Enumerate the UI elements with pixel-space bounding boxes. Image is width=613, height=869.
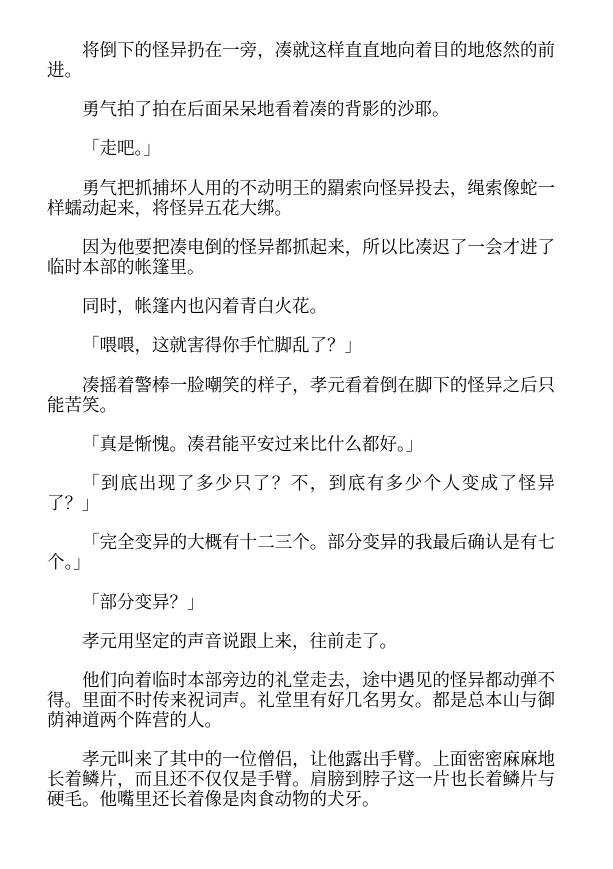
paragraph-14: 他们向着临时本部旁边的礼堂走去，途中遇见的怪异都动弹不得。里面不时传来祝词声。礼… xyxy=(47,671,555,730)
paragraph-4: 勇气把抓捕坏人用的不动明王的羂索向怪异投去，绳索像蛇一样蠕动起来，将怪异五花大绑… xyxy=(47,179,555,218)
paragraph-2: 勇气拍了拍在后面呆呆地看着凑的背影的沙耶。 xyxy=(47,100,555,120)
paragraph-6: 同时，帐篷内也闪着青白火花。 xyxy=(47,297,555,317)
paragraph-1: 将倒下的怪异扔在一旁，凑就这样直直地向着目的地悠然的前进。 xyxy=(47,41,555,80)
paragraph-9: 「真是惭愧。凑君能平安过来比什么都好。」 xyxy=(47,435,555,455)
paragraph-10: 「到底出现了多少只了？不，到底有多少个人变成了怪异了？」 xyxy=(47,474,555,513)
paragraph-3: 「走吧。」 xyxy=(47,139,555,159)
paragraph-12: 「部分变异？」 xyxy=(47,593,555,613)
document-page: 将倒下的怪异扔在一旁，凑就这样直直地向着目的地悠然的前进。 勇气拍了拍在后面呆呆… xyxy=(0,0,613,869)
paragraph-5: 因为他要把凑电倒的怪异都抓起来，所以比凑迟了一会才进了临时本部的帐篷里。 xyxy=(47,238,555,277)
paragraph-13: 孝元用坚定的声音说跟上来，往前走了。 xyxy=(47,632,555,652)
paragraph-11: 「完全变异的大概有十二三个。部分变异的我最后确认是有七个。」 xyxy=(47,533,555,572)
paragraph-8: 凑摇着警棒一脸嘲笑的样子，孝元看着倒在脚下的怪异之后只能苦笑。 xyxy=(47,376,555,415)
paragraph-15: 孝元叫来了其中的一位僧侣，让他露出手臂。上面密密麻麻地长着鳞片，而且还不仅仅是手… xyxy=(47,750,555,809)
paragraph-7: 「喂喂，这就害得你手忙脚乱了？」 xyxy=(47,336,555,356)
